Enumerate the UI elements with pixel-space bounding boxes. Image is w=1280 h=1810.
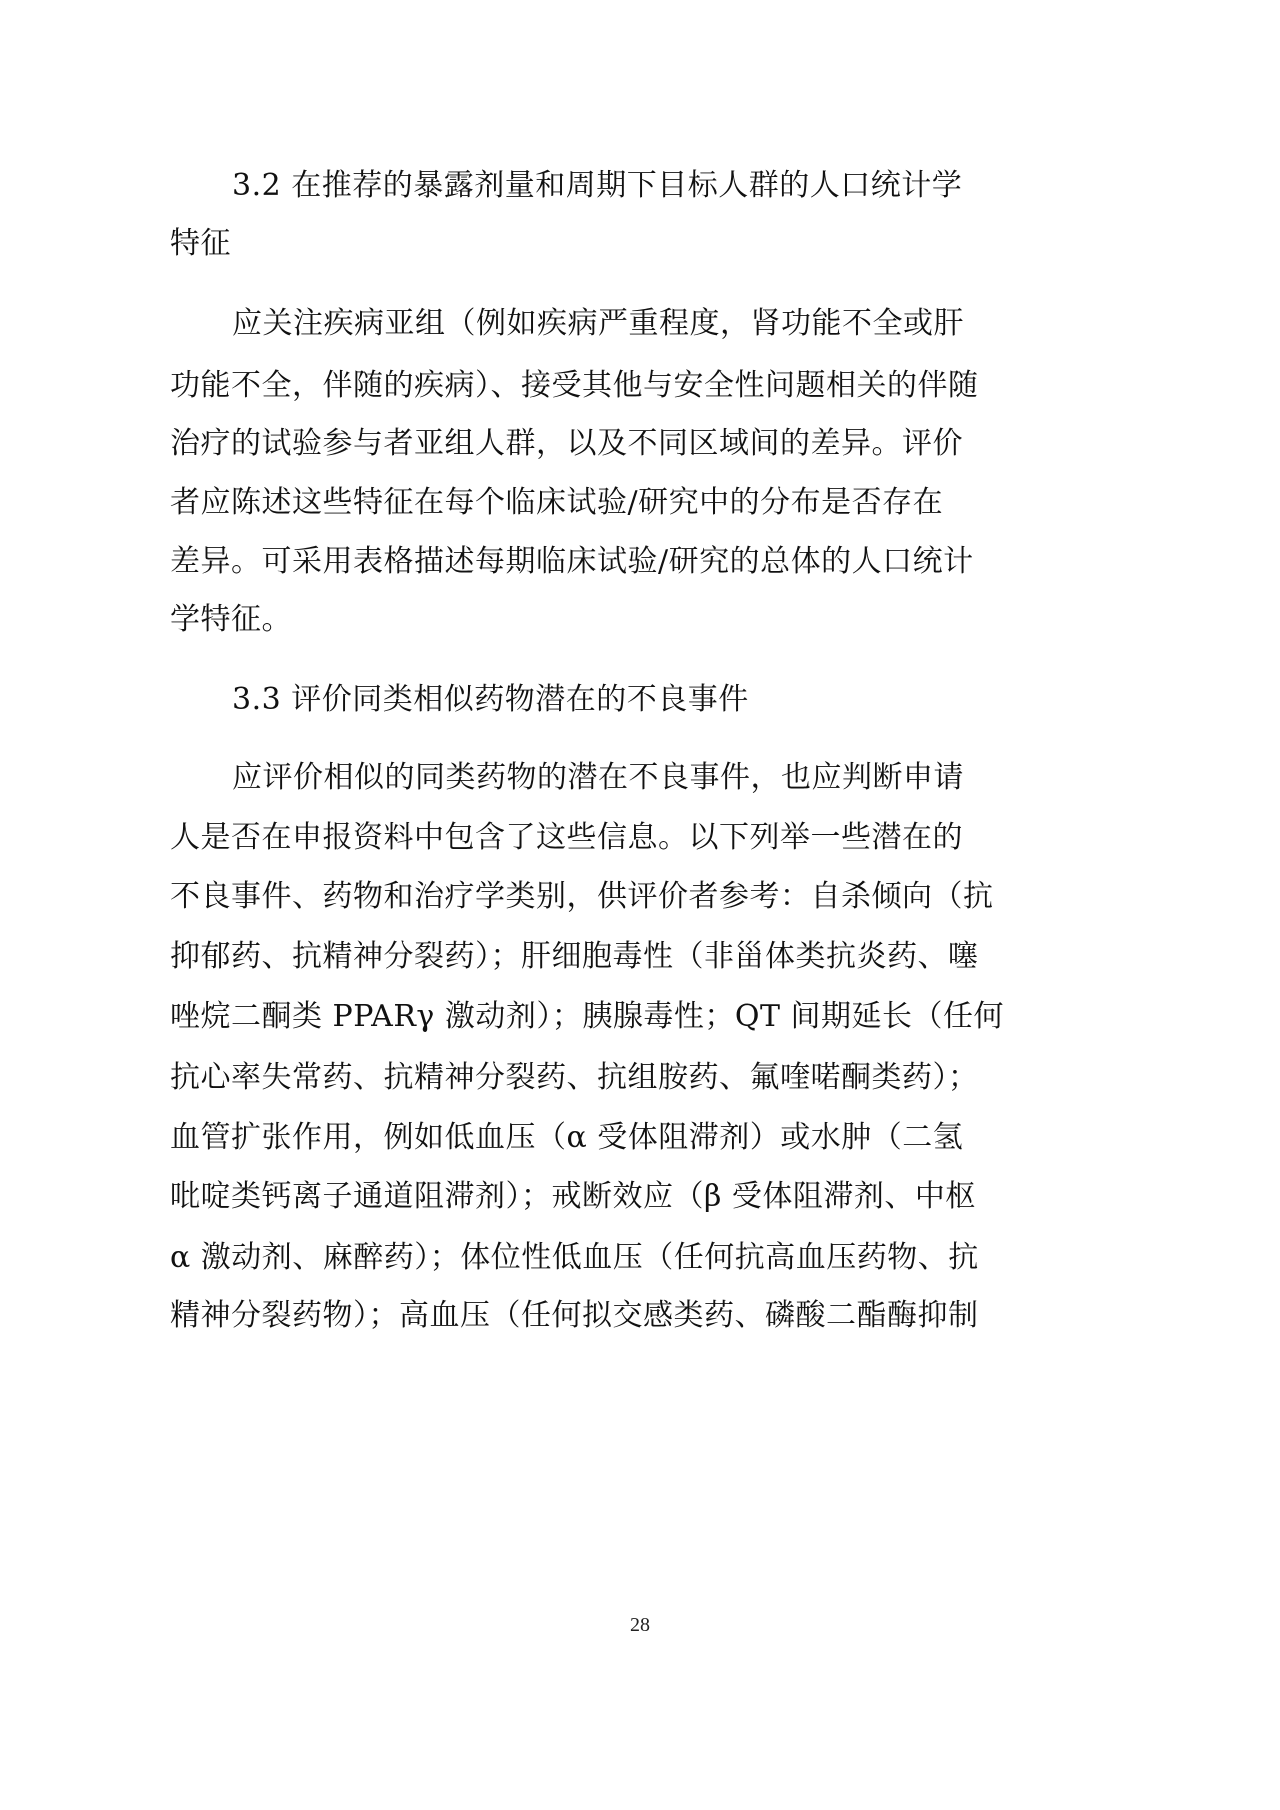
paragraph-3-3-line-6: 抗心率失常药、抗精神分裂药、抗组胺药、氟喹喏酮类药）；: [170, 1056, 942, 1100]
paragraph-3-3-line-4: 抑郁药、抗精神分裂药）；肝细胞毒性（非甾体类抗炎药、噻: [170, 935, 942, 979]
section-heading-3-3: 3.3 评价同类相似药物潜在的不良事件: [232, 678, 942, 722]
paragraph-3-3-line-10: 精神分裂药物）；高血压（任何拟交感类药、磷酸二酯酶抑制: [170, 1294, 942, 1338]
paragraph-3-2-line-3: 治疗的试验参与者亚组人群，以及不同区域间的差异。评价: [170, 422, 942, 466]
paragraph-3-3-line-9: α 激动剂、麻醉药）；体位性低血压（任何抗高血压药物、抗: [170, 1236, 942, 1280]
page-number: 28: [0, 1614, 1280, 1637]
paragraph-3-2-line-2: 功能不全，伴随的疾病）、接受其他与安全性问题相关的伴随: [170, 364, 942, 408]
section-heading-3-2-line-1: 3.2 在推荐的暴露剂量和周期下目标人群的人口统计学: [232, 164, 942, 208]
paragraph-3-2-line-4: 者应陈述这些特征在每个临床试验/研究中的分布是否存在: [170, 481, 942, 525]
paragraph-3-3-line-3: 不良事件、药物和治疗学类别，供评价者参考：自杀倾向（抗: [170, 875, 942, 919]
paragraph-3-2-line-6: 学特征。: [170, 598, 942, 642]
paragraph-3-3-line-7: 血管扩张作用，例如低血压（α 受体阻滞剂）或水肿（二氢: [170, 1116, 942, 1160]
paragraph-3-2-line-1: 应关注疾病亚组（例如疾病严重程度，肾功能不全或肝: [232, 302, 942, 346]
paragraph-3-3-line-8: 吡啶类钙离子通道阻滞剂）；戒断效应（β 受体阻滞剂、中枢: [170, 1175, 942, 1219]
paragraph-3-3-line-5: 唑烷二酮类 PPARγ 激动剂）；胰腺毒性；QT 间期延长（任何: [170, 995, 942, 1039]
paragraph-3-3-line-2: 人是否在申报资料中包含了这些信息。以下列举一些潜在的: [170, 816, 942, 860]
paragraph-3-2-line-5: 差异。可采用表格描述每期临床试验/研究的总体的人口统计: [170, 540, 942, 584]
document-page: 3.2 在推荐的暴露剂量和周期下目标人群的人口统计学 特征 应关注疾病亚组（例如…: [0, 0, 1280, 1810]
paragraph-3-3-line-1: 应评价相似的同类药物的潜在不良事件，也应判断申请: [232, 756, 942, 800]
section-heading-3-2-line-2: 特征: [170, 222, 942, 266]
